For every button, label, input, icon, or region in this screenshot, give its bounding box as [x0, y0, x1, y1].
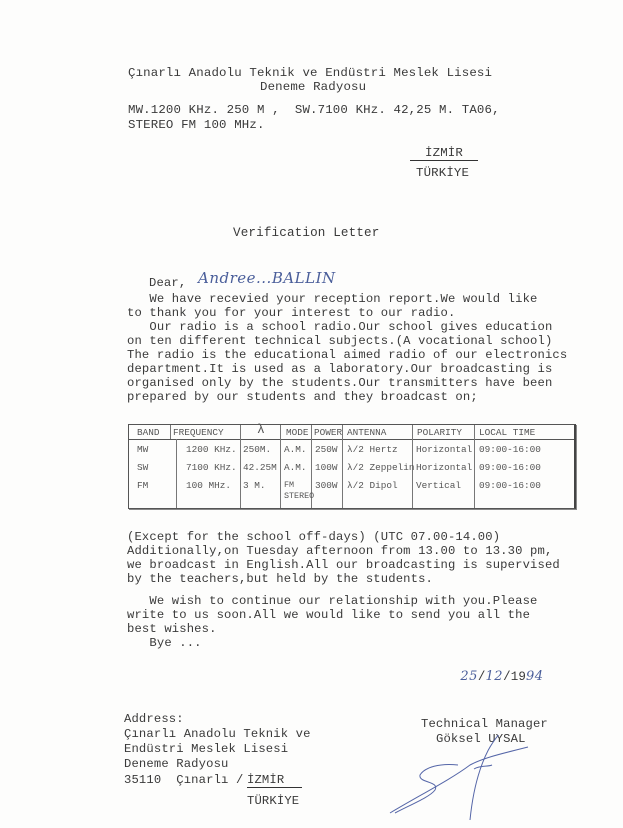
table-cell: 250M. [243, 444, 271, 455]
table-cell: λ/2 Zeppelin [347, 462, 415, 473]
body-line: write to us soon.All we would like to se… [127, 608, 530, 622]
table-cell: 09:00-16:00 [479, 480, 541, 491]
letter-title: Verification Letter [233, 226, 379, 240]
body-line: The radio is the educational aimed radio… [127, 348, 567, 362]
table-cell: λ/2 Hertz [347, 444, 398, 455]
table-cell: 7100 KHz. [186, 462, 237, 473]
station-name: Deneme Radyosu [260, 80, 366, 94]
body-line: best wishes. [127, 622, 217, 636]
table-cell: 09:00-16:00 [479, 444, 541, 455]
table-header-cell: FREQUENCY [173, 427, 224, 438]
table-cell: 1200 KHz. [186, 444, 237, 455]
date-month: 12 [486, 669, 504, 684]
table-cell: 250W [315, 444, 338, 455]
table-cell: 3 M. [243, 480, 266, 491]
school-name: Çınarlı Anadolu Teknik ve Endüstri Mesle… [128, 66, 492, 80]
table-header-cell: LOCAL TIME [479, 427, 535, 438]
table-cell: Horizontal [416, 462, 472, 473]
body-line: Additionally,on Tuesday afternoon from 1… [127, 544, 552, 558]
table-cell: Vertical [416, 480, 461, 491]
table-header-cell: BAND [137, 427, 160, 438]
table-cell: λ/2 Dipol [347, 480, 398, 491]
body-line: Bye ... [127, 636, 202, 650]
date-year-prefix: /19 [503, 670, 526, 684]
body-line: We wish to continue our relationship wit… [127, 594, 538, 608]
body-line: department.It is used as a laboratory.Ou… [127, 362, 552, 376]
letter-date: 25/12/1994 [445, 656, 544, 684]
table-header-cell: POLARITY [417, 427, 462, 438]
body-line: We have recevied your reception report.W… [127, 292, 538, 306]
letterhead-city: İZMİR [410, 146, 478, 161]
body-line: organised only by the students.Our trans… [127, 376, 552, 390]
table-cell: SW [137, 462, 148, 473]
table-cell: 09:00-16:00 [479, 462, 541, 473]
address-city: İZMİR [247, 773, 302, 788]
body-line: on ten different technical subjects.(A v… [127, 334, 552, 348]
recipient-name-handwritten: Andree...BALLIN [198, 271, 336, 285]
salutation-prefix: Dear, [149, 276, 186, 290]
table-cell: FM STEREO [284, 480, 314, 502]
body-line: we broadcast in English.All our broadcas… [127, 558, 560, 572]
frequencies-line-2: STEREO FM 100 MHz. [128, 118, 265, 132]
table-cell: FM [137, 480, 148, 491]
table-cell: 42.25M [243, 462, 277, 473]
body-line: to thank you for your interest to our ra… [127, 306, 455, 320]
table-header-cell: ANTENNA [347, 427, 386, 438]
table-cell: MW [137, 444, 148, 455]
signatory-title: Technical Manager [421, 717, 548, 731]
body-line: Our radio is a school radio.Our school g… [127, 320, 552, 334]
address-postcode-town: 35110 Çınarlı / [124, 773, 251, 787]
address-label: Address: [124, 712, 184, 726]
body-line: by the teachers,but held by the students… [127, 572, 433, 586]
letterhead-country: TÜRKİYE [416, 166, 469, 180]
address-line: Deneme Radyosu [124, 757, 229, 771]
date-day: 25 [460, 669, 478, 684]
body-line: (Except for the school off-days) (UTC 07… [127, 530, 500, 544]
table-header-cell: POWER [314, 427, 342, 438]
table-cell: 100W [315, 462, 338, 473]
signature-scribble [380, 735, 530, 825]
table-cell: A.M. [284, 462, 307, 473]
table-cell: 300W [315, 480, 338, 491]
address-line: Endüstri Meslek Lisesi [124, 742, 288, 756]
table-header-cell: MODE [286, 427, 309, 438]
date-year-suffix: 94 [526, 669, 544, 684]
frequencies-line-1: MW.1200 KHz. 250 M , SW.7100 KHz. 42,25 … [128, 103, 500, 117]
broadcast-schedule-table: BANDFREQUENCYλMODEPOWERANTENNAPOLARITYLO… [128, 424, 576, 509]
table-cell: A.M. [284, 444, 307, 455]
body-line: prepared by our students and they broadc… [127, 390, 478, 404]
table-header-cell: λ [257, 424, 265, 435]
table-cell: 100 MHz. [186, 480, 231, 491]
table-cell: Horizontal [416, 444, 472, 455]
address-country: TÜRKİYE [247, 794, 299, 808]
address-line: Çınarlı Anadolu Teknik ve [124, 727, 311, 741]
